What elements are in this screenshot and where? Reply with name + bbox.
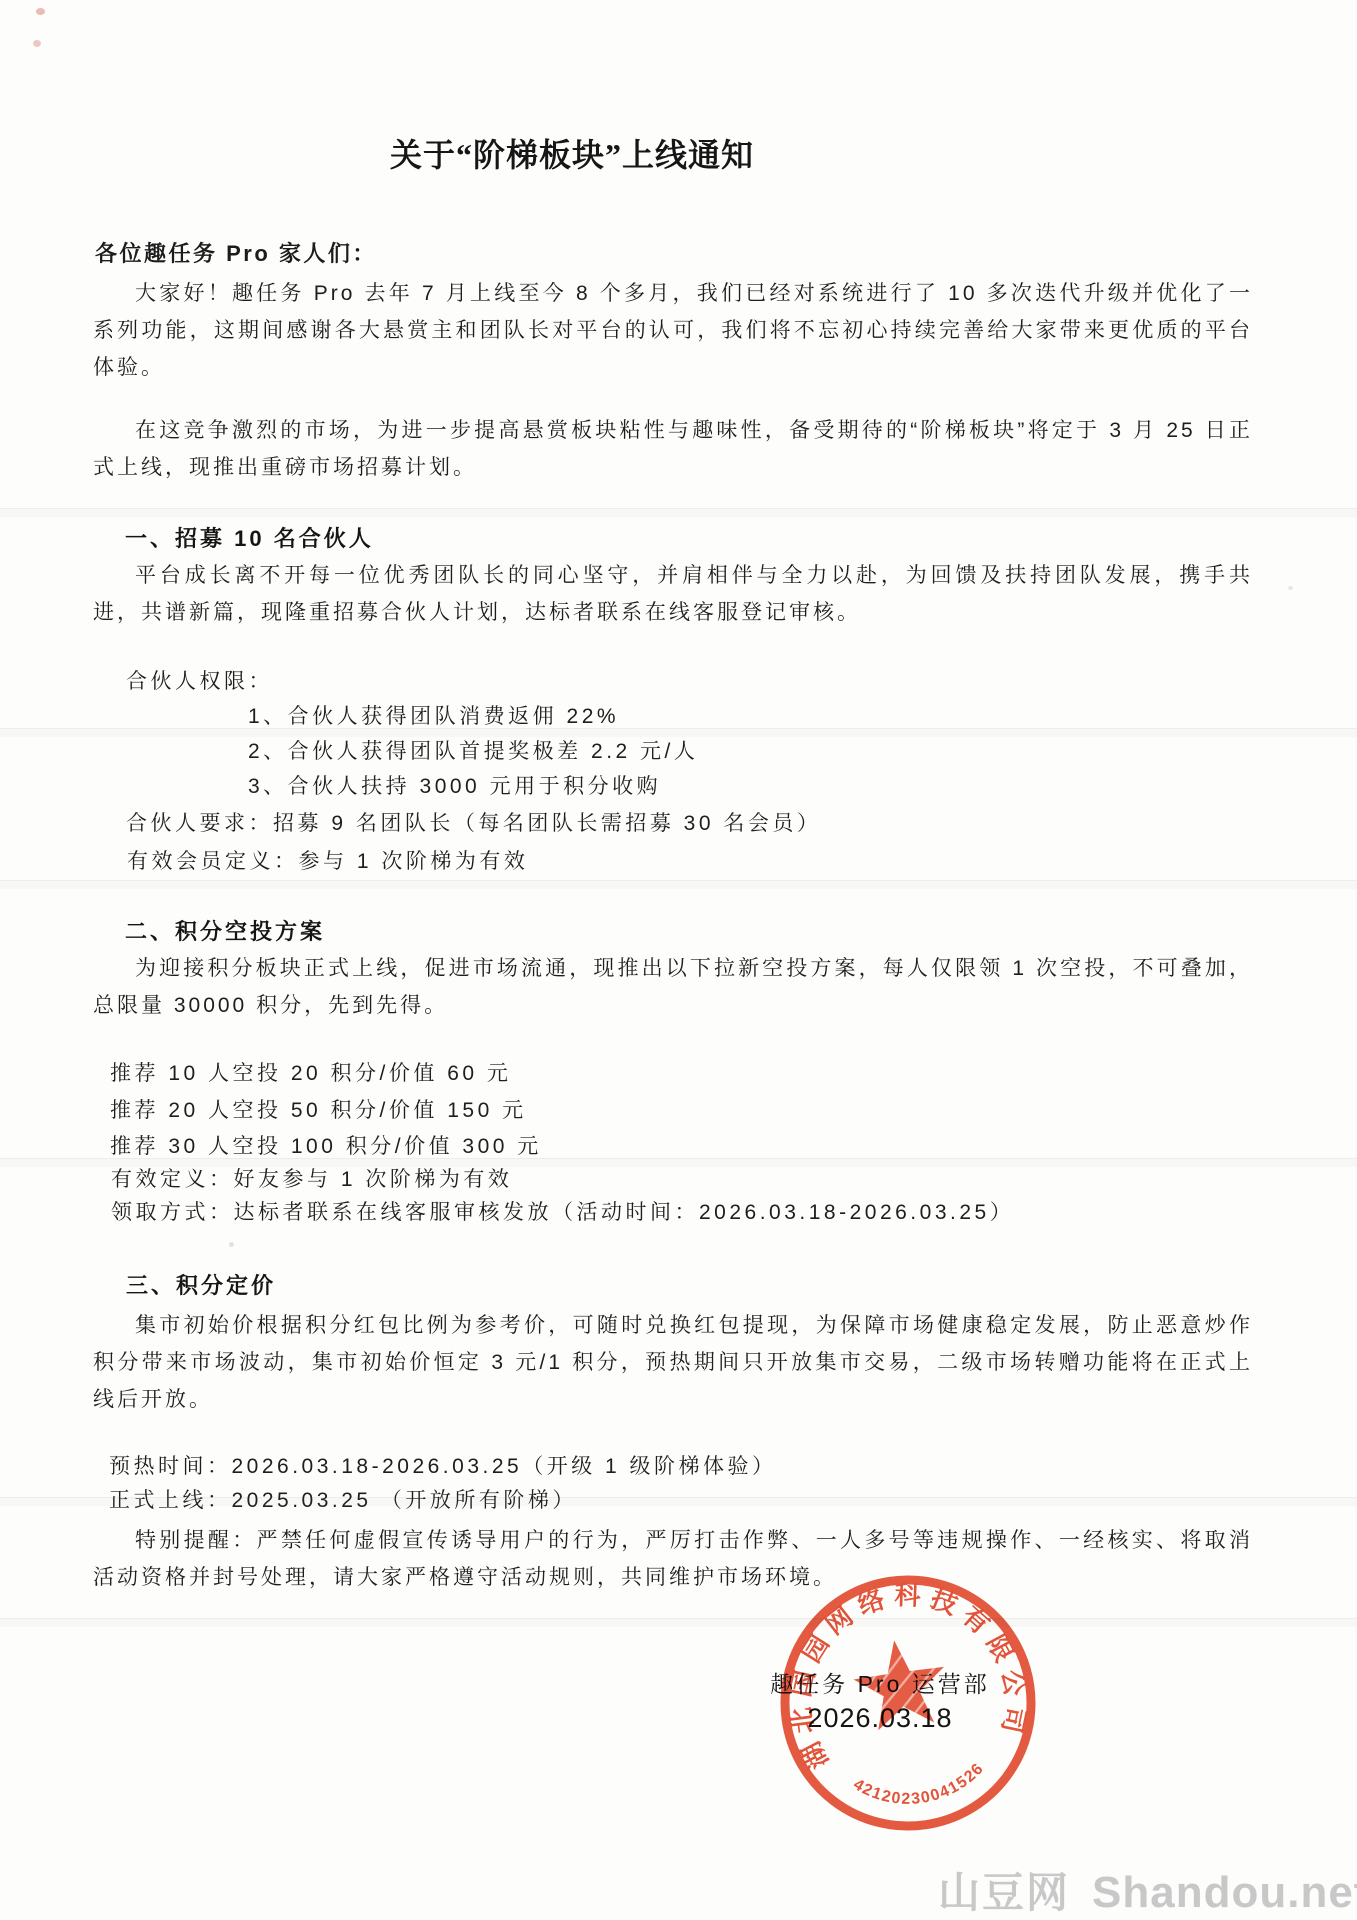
scan-speck-artifact [36,8,45,15]
official-launch-line: 正式上线：2025.03.25 （开放所有阶梯） [109,1484,577,1514]
watermark-cn-logo: 山豆网 [938,1869,1070,1916]
airdrop-tier-2: 推荐 20 人空投 50 积分/价值 150 元 [110,1094,527,1124]
section-1-heading: 一、招募 10 名合伙人 [125,522,374,553]
airdrop-tier-1: 推荐 10 人空投 20 积分/价值 60 元 [110,1057,511,1087]
claim-method-line: 领取方式：达标者联系在线客服审核发放（活动时间：2026.03.18-2026.… [111,1196,1014,1226]
page-title: 关于“阶梯板块”上线通知 [93,130,1051,176]
preheat-time-line: 预热时间：2026.03.18-2026.03.25（开级 1 级阶梯体验） [109,1450,777,1480]
star-icon [849,1634,952,1734]
partner-requirement-line: 合伙人要求：招募 9 名团队长（每名团队长需招募 30 名会员） [126,807,821,837]
scan-band-artifact [0,880,1357,889]
partner-permission-item-3: 3、合伙人扶持 3000 元用于积分收购 [248,770,661,800]
scan-speck-artifact [33,40,41,47]
watermark-en-logo: Shandou.net [1092,1868,1357,1917]
partner-permissions-label: 合伙人权限： [126,665,273,695]
scan-speck-artifact [1288,586,1293,590]
valid-member-definition-line: 有效会员定义：参与 1 次阶梯为有效 [127,845,528,875]
section-2-body: 为迎接积分板块正式上线，促进市场流通，现推出以下拉新空投方案，每人仅限领 1 次… [93,950,1253,1024]
scan-band-artifact [0,508,1357,517]
section-1-body: 平台成长离不开每一位优秀团队长的同心坚守，并肩相伴与全力以赴，为回馈及扶持团队发… [93,557,1253,631]
airdrop-tier-3: 推荐 30 人空投 100 积分/价值 300 元 [110,1130,542,1160]
scan-band-artifact [0,1618,1357,1627]
valid-definition-line: 有效定义：好友参与 1 次阶梯为有效 [111,1163,512,1193]
salutation: 各位趣任务 Pro 家人们： [95,237,377,268]
section-2-heading: 二、积分空投方案 [125,915,325,946]
special-reminder-paragraph: 特别提醒：严禁任何虚假宣传诱导用户的行为，严厉打击作弊、一人多号等违规操作、一经… [93,1522,1253,1596]
scanned-notice-document: 关于“阶梯板块”上线通知 各位趣任务 Pro 家人们： 大家好！趣任务 Pro … [0,0,1357,1920]
partner-permission-item-1: 1、合伙人获得团队消费返佣 22% [248,700,619,730]
intro-paragraph-2: 在这竞争激烈的市场，为进一步提高悬赏板块粘性与趣味性，备受期待的“阶梯板块”将定… [93,412,1253,486]
site-watermark: 山豆网Shandou.net [938,1860,1357,1920]
scan-speck-artifact [229,1242,234,1247]
section-3-heading: 三、积分定价 [126,1269,276,1300]
intro-paragraph-1: 大家好！趣任务 Pro 去年 7 月上线至今 8 个多月，我们已经对系统进行了 … [93,275,1253,386]
company-seal-stamp: 湖北国园网络科技有限公司 42120230041526 [748,1543,1069,1864]
partner-permission-item-2: 2、合伙人获得团队首提奖极差 2.2 元/人 [248,735,698,765]
section-3-body: 集市初始价根据积分红包比例为参考价，可随时兑换红包提现，为保障市场健康稳定发展，… [93,1307,1253,1418]
